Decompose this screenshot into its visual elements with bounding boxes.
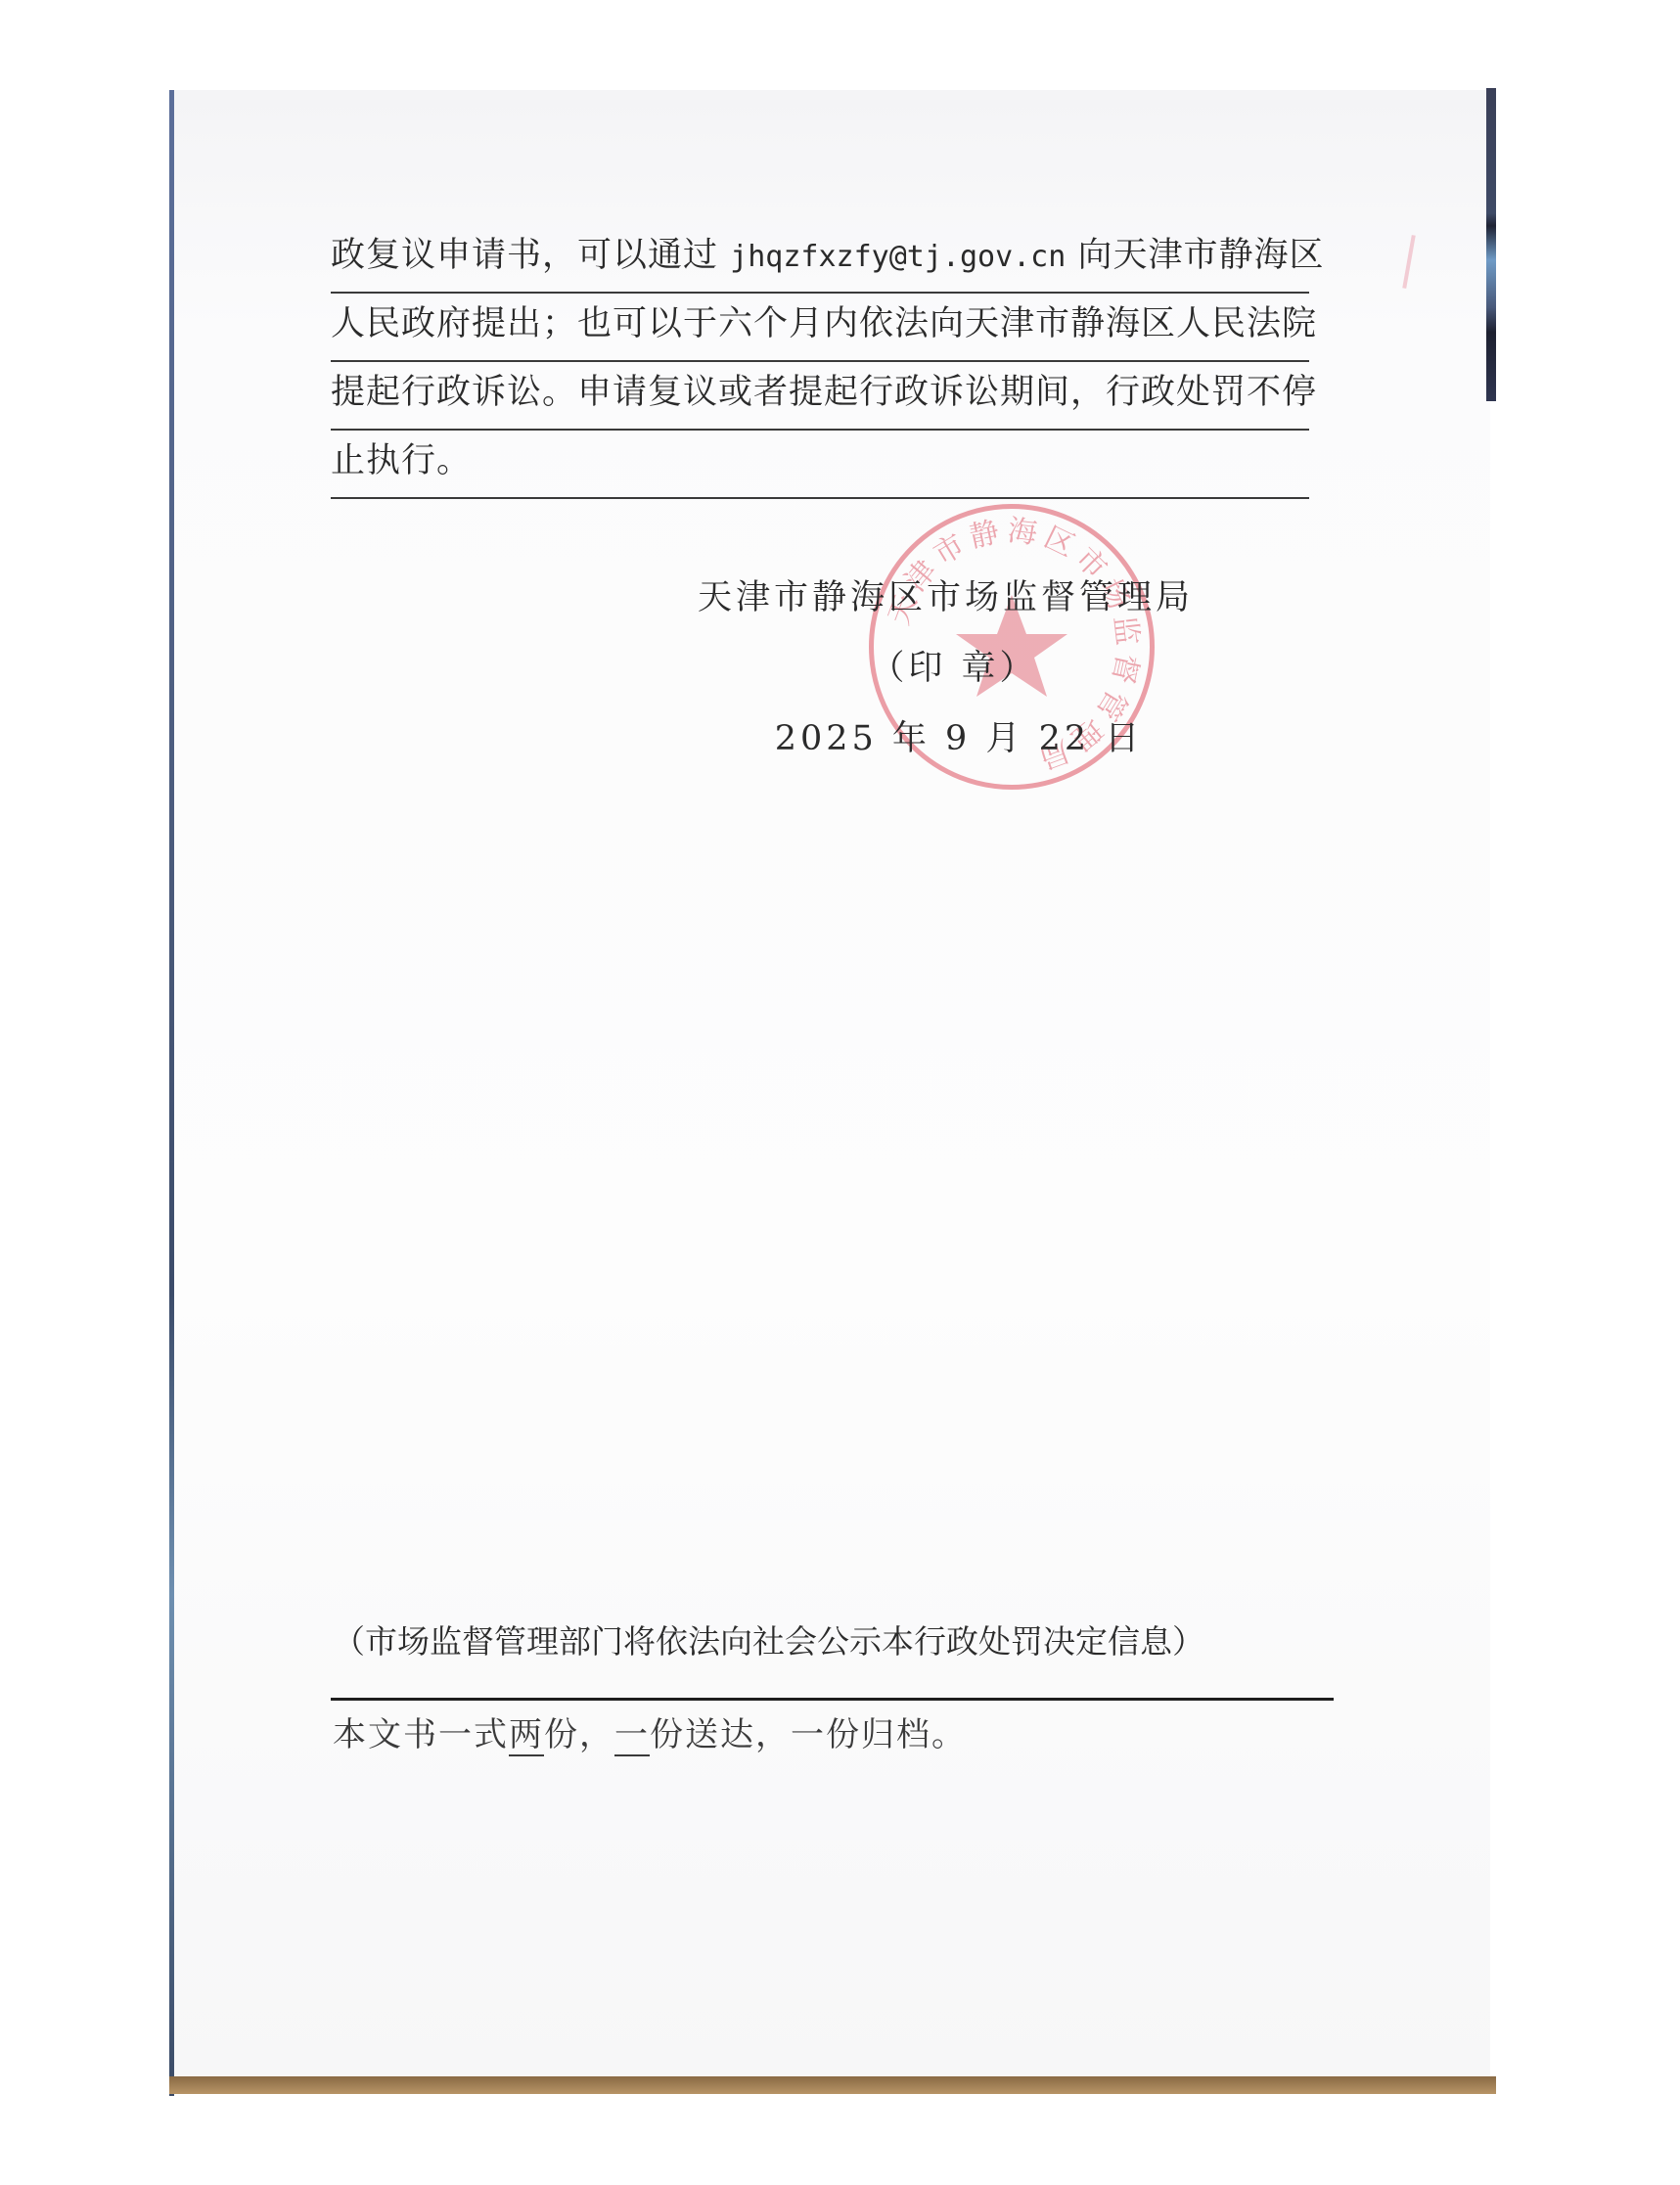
issuing-organization: 天津市静海区市场监督管理局 (685, 563, 1194, 633)
copies-text: 份送达，一份归档。 (650, 1715, 967, 1754)
page-bottom-edge (169, 2076, 1496, 2094)
body-line-3: 提起行政诉讼。申请复议或者提起行政诉讼期间，行政处罚不停 (331, 362, 1309, 431)
page-right-edge (1486, 88, 1496, 401)
public-notice: （市场监督管理部门将依法向社会公示本行政处罚决定信息） (333, 1616, 1340, 1662)
body-text: 政复议申请书，可以通过 (331, 236, 730, 275)
page-left-edge (169, 90, 174, 2096)
signature-block: 天津市静海区市场监督管理局 （印 章） 2025 年 9 月 22 日 (685, 563, 1194, 774)
copies-text: 份， (544, 1715, 614, 1754)
copies-text: 本文书一式 (333, 1715, 509, 1754)
body-text: 向天津市静海区 (1066, 236, 1324, 275)
copies-count: 两 (509, 1715, 544, 1756)
body-paragraph: 政复议申请书，可以通过 jhqzfxzfy@tj.gov.cn 向天津市静海区 … (331, 225, 1309, 499)
copies-note: 本文书一式两份，一份送达，一份归档。 (333, 1707, 967, 1755)
body-line-4: 止执行。 (331, 431, 1309, 499)
body-line-2: 人民政府提出；也可以于六个月内依法向天津市静海区人民法院 (331, 294, 1309, 362)
issue-date: 2025 年 9 月 22 日 (685, 704, 1194, 774)
horizontal-rule (331, 1698, 1334, 1701)
served-count: 一 (614, 1715, 650, 1756)
email-address: jhqzfxzfy@tj.gov.cn (730, 240, 1066, 274)
body-line-1: 政复议申请书，可以通过 jhqzfxzfy@tj.gov.cn 向天津市静海区 (331, 225, 1309, 294)
seal-label: （印 章） (685, 633, 1194, 704)
